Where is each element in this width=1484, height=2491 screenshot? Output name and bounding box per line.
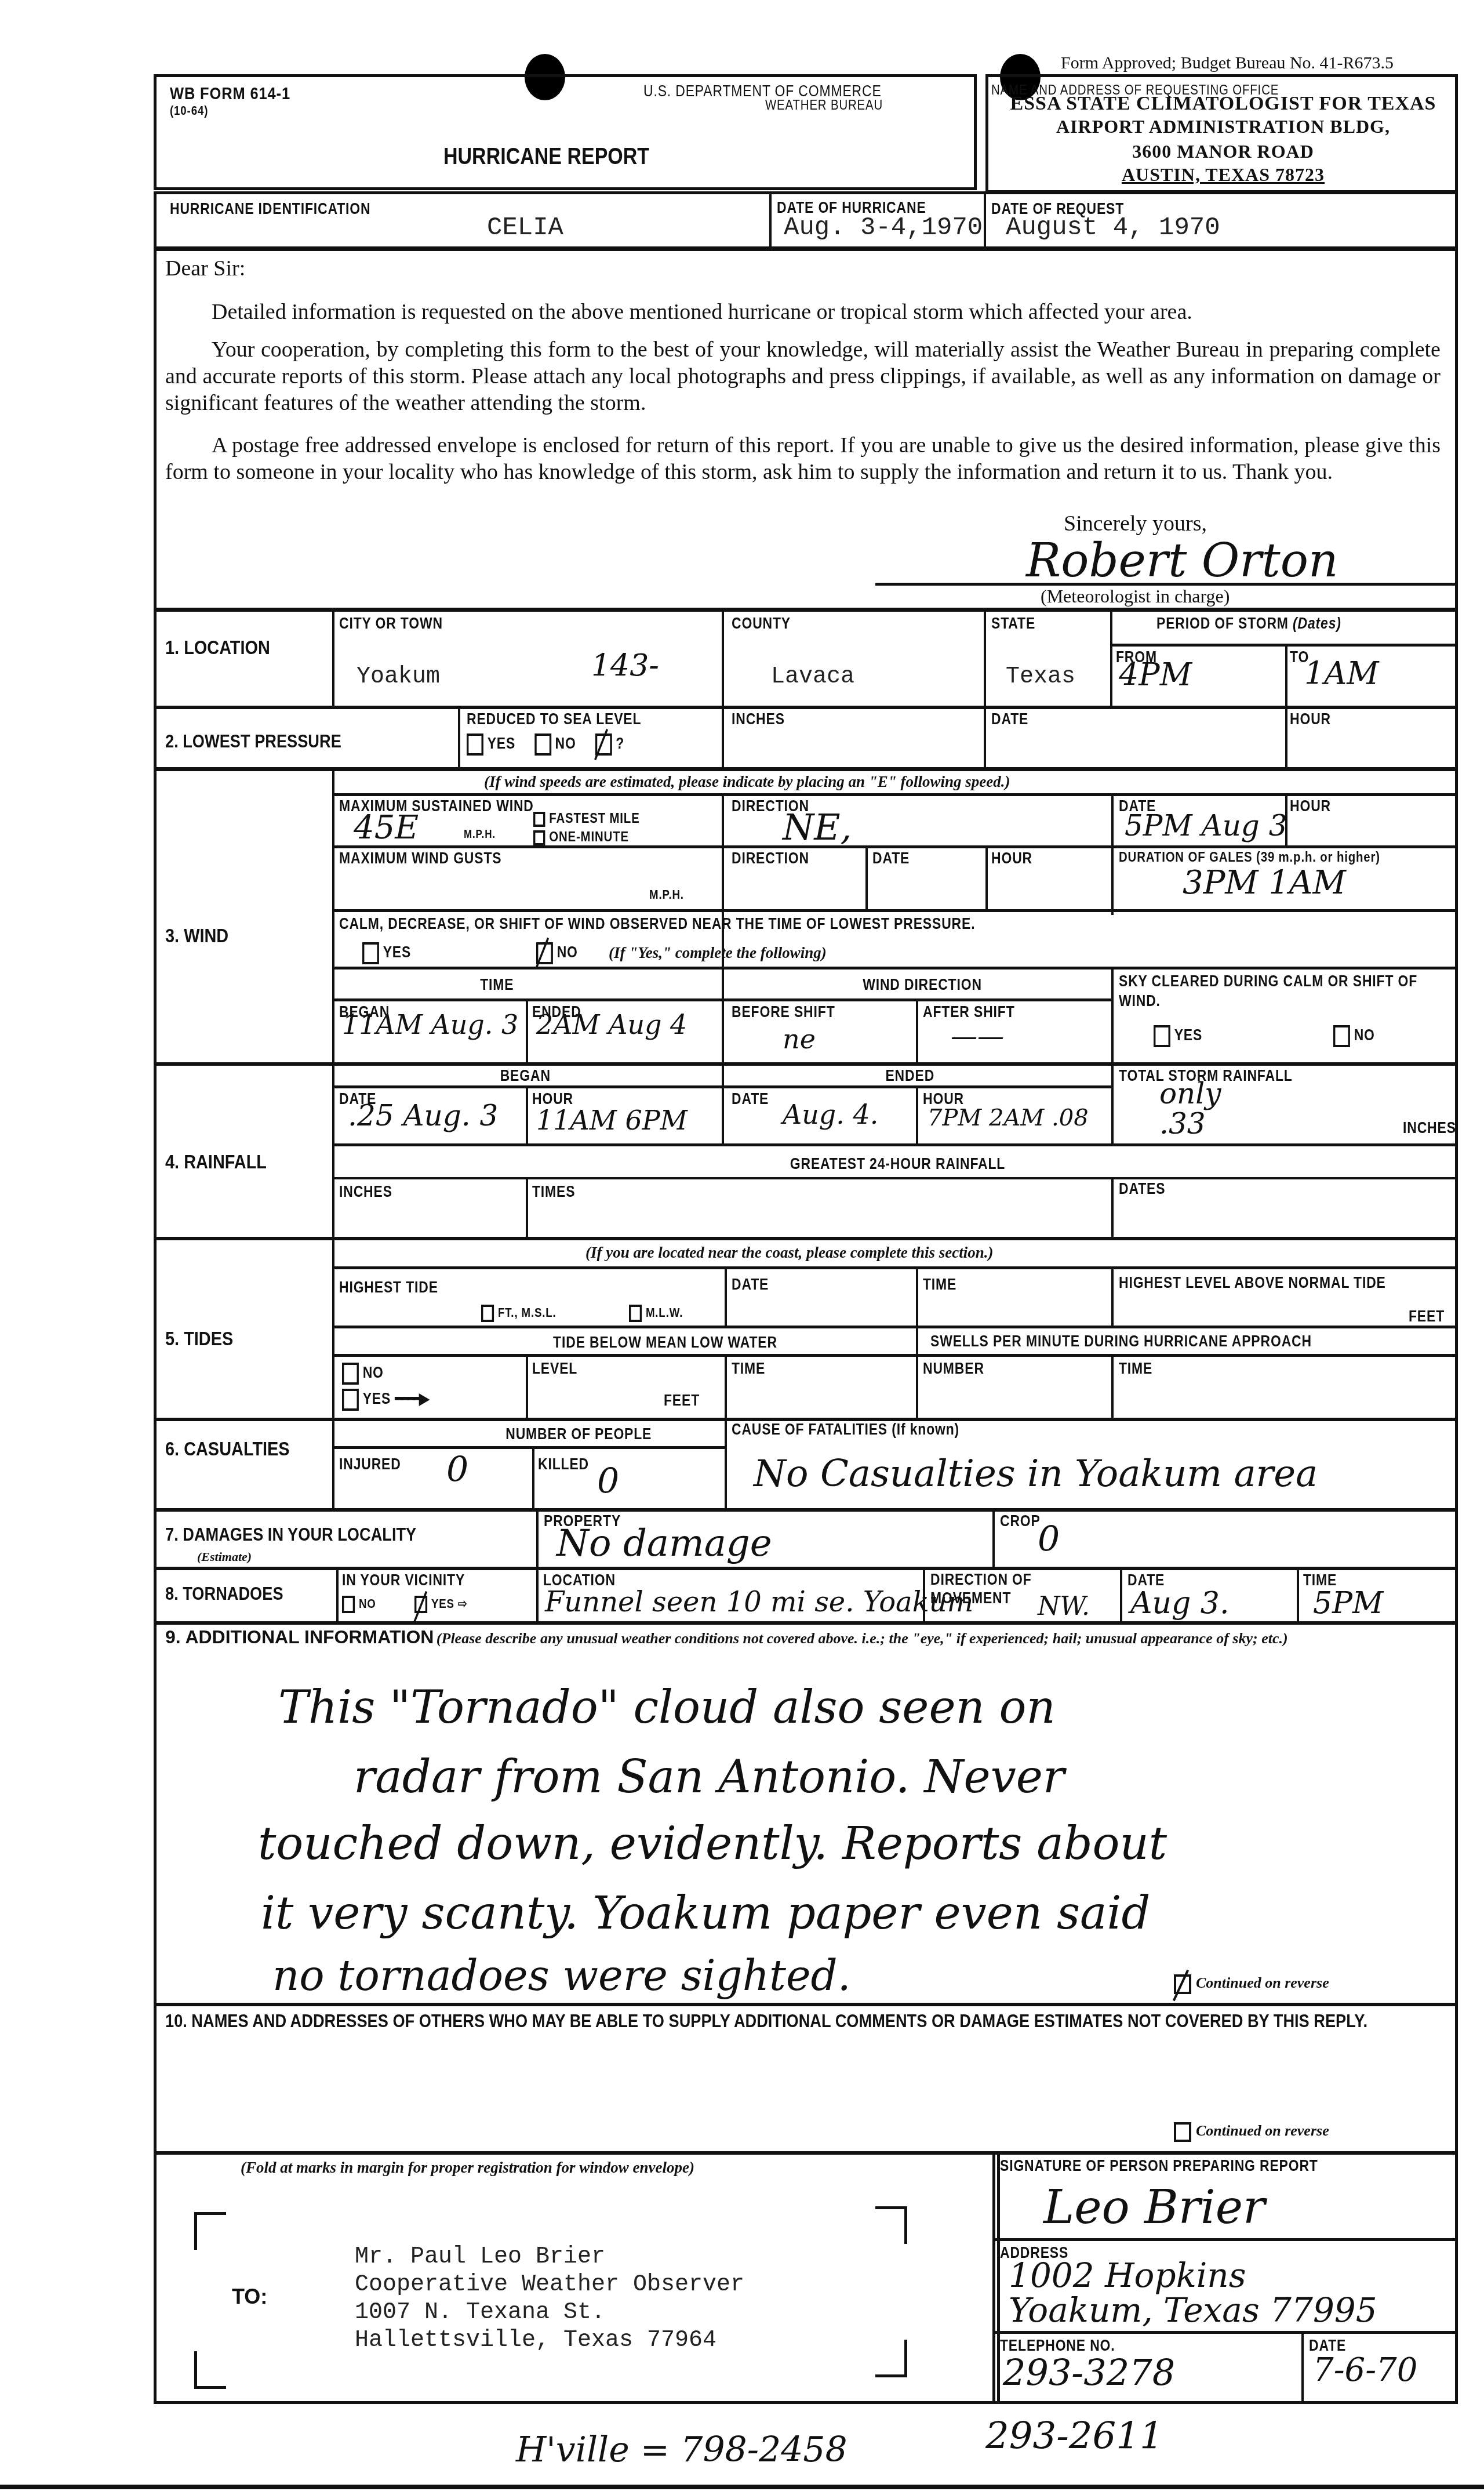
checkbox (467, 733, 483, 756)
fold-mark-icon (194, 2212, 226, 2250)
checkbox (362, 942, 379, 964)
pressure-date-label: DATE (991, 710, 1028, 728)
gales-label: DURATION OF GALES (39 m.p.h. or higher) (1119, 849, 1459, 866)
sky-no-option[interactable]: NO (1333, 1025, 1375, 1047)
gust-hour-label: HOUR (991, 849, 1032, 867)
section-tornadoes: 8. TORNADOES (165, 1583, 283, 1604)
pressure-hour-label: HOUR (1290, 710, 1331, 728)
below-low-water-label: TIDE BELOW MEAN LOW WATER (553, 1334, 777, 1352)
extra-phone: 293-2611 (985, 2415, 1163, 2458)
swell-time-label: TIME (1119, 1360, 1152, 1378)
vicinity-label: IN YOUR VICINITY (342, 1571, 465, 1589)
fold-mark-icon (875, 2340, 907, 2377)
signature-orton: Robert Orton (1026, 533, 1338, 587)
county-label: COUNTY (732, 615, 791, 633)
additional-info-instructions: (Please describe any unusual weather con… (437, 1630, 1288, 1647)
section-rainfall: 4. RAINFALL (165, 1151, 267, 1174)
checkbox (342, 1596, 355, 1613)
section-location: 1. LOCATION (165, 637, 270, 659)
cause-value: No Casualties in Yoakum area (754, 1453, 1318, 1495)
calm-question: CALM, DECREASE, OR SHIFT OF WIND OBSERVE… (339, 915, 975, 933)
tornado-date-value: Aug 3. (1130, 1586, 1229, 1621)
rain-ended-hour-value: 7PM 2AM .08 (927, 1105, 1089, 1131)
letter-paragraph: Your cooperation, by completing this for… (165, 336, 1441, 416)
rain-began-hour-value: 11AM 6PM (536, 1105, 688, 1136)
began-value: 11AM Aug. 3 (342, 1009, 518, 1040)
reduced-unknown-option[interactable]: ? (595, 735, 624, 752)
additional-info-header: 9. ADDITIONAL INFORMATION (Please descri… (165, 1625, 1446, 1653)
checkbox-checked (595, 733, 612, 756)
tides-note: (If you are located near the coast, plea… (585, 1244, 993, 1262)
checkbox (1174, 2122, 1191, 2142)
additional-info-section (154, 1622, 1458, 2006)
crop-value: 0 (1038, 1519, 1060, 1560)
additional-info-line: touched down, evidently. Reports about (258, 1818, 1167, 1870)
from-value: 4PM (1119, 656, 1192, 693)
after-shift-value: —— (951, 1021, 1004, 1052)
greatest-rainfall-label: GREATEST 24-HOUR RAINFALL (790, 1155, 1005, 1173)
gales-value: 3PM 1AM (1183, 864, 1346, 902)
rain-ended-date-value: Aug. 4. (783, 1099, 878, 1130)
preparer-signature-label: SIGNATURE OF PERSON PREPARING REPORT (1000, 2157, 1318, 2175)
ended-value: 2AM Aug 4 (536, 1009, 687, 1040)
level-feet: FEET (664, 1392, 700, 1410)
additional-info-line: radar from San Antonio. Never (354, 1751, 1064, 1803)
section-lowest-pressure: 2. LOWEST PRESSURE (165, 731, 341, 752)
section-tides: 5. TIDES (165, 1328, 233, 1350)
mailing-address-line: Cooperative Weather Observer (355, 2272, 744, 2298)
wind-note: (If wind speeds are estimated, please in… (484, 773, 1010, 791)
section-casualties: 6. CASUALTIES (165, 1438, 290, 1461)
ft-msl-option[interactable]: FT., M.S.L. (481, 1305, 556, 1322)
requesting-office-line: ESSA STATE CLIMATOLOGIST FOR TEXAS (997, 93, 1449, 115)
bureau: WEATHER BUREAU (765, 97, 883, 114)
time-label: TIME (480, 976, 514, 994)
injured-label: INJURED (339, 1455, 401, 1473)
vicinity-no-option[interactable]: NO (342, 1596, 376, 1613)
wind-hour-label: HOUR (1290, 797, 1331, 815)
telephone-value: 293-3278 (1003, 2351, 1175, 2394)
swells-label: SWELLS PER MINUTE DURING HURRICANE APPRO… (930, 1332, 1312, 1350)
checkbox (342, 1389, 359, 1411)
date-of-hurricane-value: Aug. 3-4,1970 (784, 213, 983, 242)
tide-date-label: DATE (732, 1276, 769, 1294)
calm-yes-option[interactable]: YES (362, 942, 411, 964)
to-value: 1AM (1304, 655, 1379, 692)
total-rainfall-unit: INCHES (1403, 1119, 1456, 1137)
vicinity-yes-option[interactable]: YES ⇨ (414, 1596, 467, 1613)
reduced-no-option[interactable]: NO (534, 735, 576, 752)
calm-no-option[interactable]: NO (536, 942, 578, 964)
checkbox (533, 812, 545, 827)
inches-label: INCHES (732, 710, 785, 728)
tornado-direction-value: NW. (1038, 1592, 1090, 1621)
checkbox (629, 1305, 642, 1322)
gusts-label: MAXIMUM WIND GUSTS (339, 849, 501, 867)
checkbox (342, 1363, 359, 1385)
city-value: Yoakum (357, 664, 440, 690)
mlw-option[interactable]: M.L.W. (629, 1305, 683, 1322)
tornado-location-value: Funnel seen 10 mi se. Yoakum (545, 1586, 973, 1618)
county-value: Lavaca (771, 664, 854, 690)
direction-value: NE, (783, 806, 852, 848)
greatest-inches-label: INCHES (339, 1183, 392, 1201)
tide-time-label: TIME (923, 1276, 956, 1294)
additional-info-line: no tornadoes were sighted. (272, 1951, 851, 2000)
arrow-right-icon: ⇨ (458, 1596, 468, 1611)
below-time-label: TIME (732, 1360, 765, 1378)
swell-number-label: NUMBER (923, 1360, 984, 1378)
signer-title: (Meteorologist in charge) (1041, 583, 1230, 609)
cause-label: CAUSE OF FATALITIES (If known) (732, 1421, 959, 1439)
fold-mark-icon (875, 2206, 907, 2244)
letter-paragraph: A postage free addressed envelope is enc… (165, 432, 1441, 485)
wind-direction-label: WIND DIRECTION (863, 976, 982, 994)
mph-unit: M.P.H. (464, 828, 496, 841)
max-sustained-value: 45E (354, 809, 419, 847)
arrow-right-icon: ━━━━▶ (395, 1390, 427, 1407)
section-wind: 3. WIND (165, 925, 228, 947)
hurricane-id-label: HURRICANE IDENTIFICATION (170, 200, 370, 218)
damages-estimate: (Estimate) (197, 1549, 252, 1564)
level-label: LEVEL (532, 1360, 577, 1378)
sky-yes-option[interactable]: YES (1154, 1025, 1202, 1047)
reduced-options: YES NO ? (467, 733, 624, 756)
checkbox (533, 830, 545, 845)
reduced-yes-option[interactable]: YES (467, 735, 515, 752)
preparer-signature-value: Leo Brier (1043, 2180, 1265, 2234)
handwritten-phone-hville: H'ville = 798-2458 (516, 2430, 848, 2470)
number-of-people-label: NUMBER OF PEOPLE (505, 1425, 652, 1443)
wind-date-value: 5PM Aug 3 (1125, 809, 1287, 843)
section-additional-info: 9. ADDITIONAL INFORMATION (165, 1626, 434, 1647)
checkbox-checked (536, 942, 553, 964)
fastest-mile-option[interactable]: FASTEST MILE (533, 811, 640, 827)
form-date: (10-64) (170, 103, 208, 118)
below-yes-option[interactable]: YES ━━━━▶ (342, 1389, 427, 1411)
preparer-address-line: Yoakum, Texas 77995 (1009, 2290, 1377, 2330)
letter-paragraph: Detailed information is requested on the… (165, 299, 1441, 325)
checkbox-checked (414, 1596, 427, 1613)
additional-info-line: it very scanty. Yoakum paper even said (261, 1887, 1150, 1940)
city-label: CITY OR TOWN (339, 615, 443, 633)
greatest-dates-label: DATES (1119, 1180, 1165, 1198)
highest-level-feet: FEET (1409, 1308, 1445, 1326)
fold-note: (Fold at marks in margin for proper regi… (241, 2159, 694, 2177)
injured-value: 0 (446, 1450, 468, 1490)
salutation: Dear Sir: (165, 255, 245, 282)
city-note: 143- (591, 648, 659, 683)
requesting-office-line: AIRPORT ADMINISTRATION BLDG, (997, 116, 1449, 137)
property-value: No damage (556, 1522, 772, 1565)
gust-date-label: DATE (872, 849, 910, 867)
hurricane-id-value: CELIA (487, 213, 563, 242)
highest-tide-label: HIGHEST TIDE (339, 1279, 438, 1297)
after-shift-label: AFTER SHIFT (923, 1003, 1015, 1021)
preparer-date-value: 7-6-70 (1313, 2351, 1417, 2389)
tornado-time-value: 5PM (1313, 1586, 1383, 1621)
requesting-office-line: AUSTIN, TEXAS 78723 (997, 164, 1449, 186)
before-shift-label: BEFORE SHIFT (732, 1003, 835, 1021)
preparer-address-line: 1002 Hopkins (1009, 2256, 1246, 2295)
crop-label: CROP (1000, 1512, 1041, 1530)
highest-level-label: HIGHEST LEVEL ABOVE NORMAL TIDE (1119, 1273, 1454, 1292)
one-minute-option[interactable]: ONE-MINUTE (533, 829, 629, 845)
others-continued-option[interactable]: Continued on reverse (1174, 2122, 1329, 2142)
killed-label: KILLED (538, 1455, 589, 1473)
additional-info-line: This "Tornado" cloud also seen on (278, 1682, 1056, 1734)
form-number: WB FORM 614-1 (170, 84, 290, 104)
checkbox (481, 1305, 494, 1322)
checkbox (1154, 1025, 1170, 1047)
additional-continued-option[interactable]: Continued on reverse (1174, 1974, 1329, 1994)
reduced-label: REDUCED TO SEA LEVEL (467, 710, 641, 728)
mailing-address-line: 1007 N. Texana St. (355, 2300, 605, 2326)
fold-mark-icon (194, 2351, 226, 2389)
requesting-office-line: 3600 MANOR ROAD (997, 141, 1449, 162)
checkbox (534, 733, 551, 756)
state-label: STATE (991, 615, 1035, 633)
total-rainfall-value: only .33 (1159, 1079, 1275, 1139)
form-approval-note: Form Approved; Budget Bureau No. 41-R673… (1061, 53, 1394, 73)
section-others: 10. NAMES AND ADDRESSES OF OTHERS WHO MA… (165, 2009, 1446, 2032)
rain-began-label: BEGAN (500, 1067, 551, 1085)
checkbox (1333, 1025, 1350, 1047)
mailing-address-line: Mr. Paul Leo Brier (355, 2244, 605, 2270)
page-title: HURRICANE REPORT (443, 144, 649, 170)
sky-cleared-label: SKY CLEARED DURING CALM OR SHIFT OF WIND… (1119, 971, 1444, 1011)
to-label: TO: (232, 2285, 267, 2309)
calm-note: (If "Yes," complete the following) (609, 944, 827, 962)
state-value: Texas (1006, 664, 1075, 690)
rain-ended-date-label: DATE (732, 1090, 769, 1108)
killed-value: 0 (597, 1461, 619, 1502)
rain-ended-label: ENDED (885, 1067, 934, 1085)
gusts-mph: M.P.H. (649, 887, 684, 902)
period-label: PERIOD OF STORM (Dates) (1156, 615, 1341, 633)
pressure-row (154, 706, 1458, 770)
mailing-address-line: Hallettsville, Texas 77964 (355, 2327, 716, 2354)
rain-began-date-value: .25 Aug. 3 (348, 1099, 498, 1132)
greatest-times-label: TIMES (532, 1183, 575, 1201)
before-shift-value: ne (783, 1023, 816, 1055)
date-of-request-value: August 4, 1970 (1006, 213, 1220, 242)
below-no-option[interactable]: NO (342, 1363, 384, 1385)
gust-direction-label: DIRECTION (732, 849, 809, 867)
checkbox-checked (1174, 1974, 1191, 1994)
section-damages: 7. DAMAGES IN YOUR LOCALITY (165, 1524, 416, 1545)
